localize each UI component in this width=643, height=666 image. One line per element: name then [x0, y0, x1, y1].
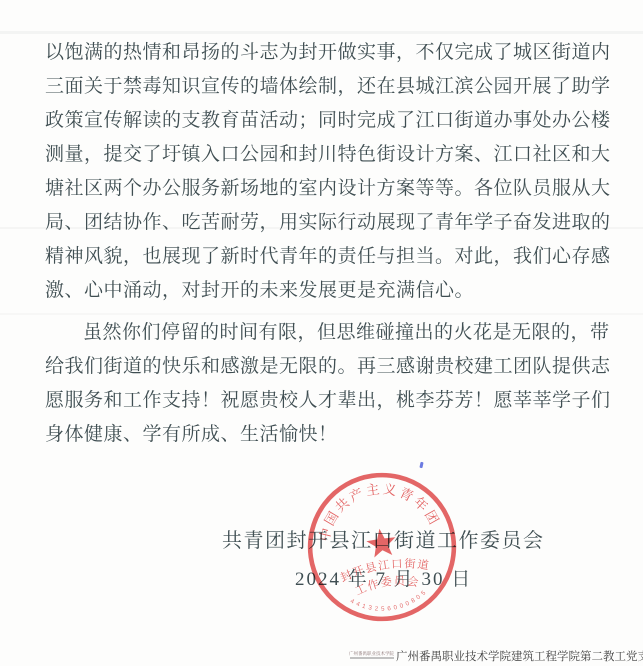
- letter-line: 政策宣传解读的支教育苗活动；同时完成了江口街道办事处办公楼: [45, 104, 603, 138]
- letter-line: 局、团结协作、吃苦耐劳，用实际行动展现了青年学子奋发进取的: [45, 206, 603, 240]
- footer-branch-name: 广州番禺职业技术学院建筑工程学院第二教工党支部: [396, 648, 643, 664]
- seal-star-icon: [365, 527, 398, 559]
- footer-watermark: 广州番禺职业技术学院 广州番禺职业技术学院建筑工程学院第二教工党支部: [349, 647, 641, 664]
- paragraph-1: 以饱满的热情和昂扬的斗志为封开做实事，不仅完成了城区街道内 三面关于禁毒知识宣传…: [45, 36, 603, 308]
- school-logo: 广州番禺职业技术学院: [349, 652, 394, 659]
- letter-line: 测量，提交了圩镇入口公园和封川特色街设计方案、江口社区和大: [45, 138, 603, 172]
- letter-line: 以饱满的热情和昂扬的斗志为封开做实事，不仅完成了城区街道内: [45, 36, 603, 70]
- school-logo-underline: [350, 657, 394, 659]
- letter-body: 以饱满的热情和昂扬的斗志为封开做实事，不仅完成了城区街道内 三面关于禁毒知识宣传…: [45, 36, 603, 452]
- paragraph-2: 虽然你们停留的时间有限，但思维碰撞出的火花是无限的，带 给我们街道的快乐和感激是…: [45, 316, 603, 452]
- letter-line: 激、心中涌动，对封开的未来发展更是充满信心。: [45, 274, 603, 308]
- letter-line: 塘社区两个办公服务新场地的室内设计方案等等。各位队员服从大: [45, 172, 603, 206]
- letter-line: 身体健康、学有所成、生活愉快！: [45, 418, 603, 452]
- letter-line: 给我们街道的快乐和感激是无限的。再三感谢贵校建工团队提供志: [45, 350, 603, 384]
- letter-line: 三面关于禁毒知识宣传的墙体绘制，还在县城江滨公园开展了助学: [45, 70, 603, 104]
- seal-outer-arc-text: 中国共产主义青年团: [309, 473, 444, 545]
- letter-line: 虽然你们停留的时间有限，但思维碰撞出的火花是无限的，带: [45, 316, 603, 350]
- scan-streak: [0, 31, 643, 34]
- letter-line: 愿服务和工作支持！祝愿贵校人才辈出，桃李芬芳！愿莘莘学子们: [45, 384, 603, 418]
- school-logo-text: 广州番禺职业技术学院: [349, 652, 394, 656]
- official-red-seal: 中国共产主义青年团 封开县江口街道 工作委员会 4413256000805: [295, 460, 469, 634]
- svg-text:中国共产主义青年团: 中国共产主义青年团: [309, 473, 444, 545]
- scanned-letter-page: 以饱满的热情和昂扬的斗志为封开做实事，不仅完成了城区街道内 三面关于禁毒知识宣传…: [0, 0, 643, 666]
- letter-line: 精神风貌，也展现了新时代青年的责任与担当。对此，我们心存感: [45, 240, 603, 274]
